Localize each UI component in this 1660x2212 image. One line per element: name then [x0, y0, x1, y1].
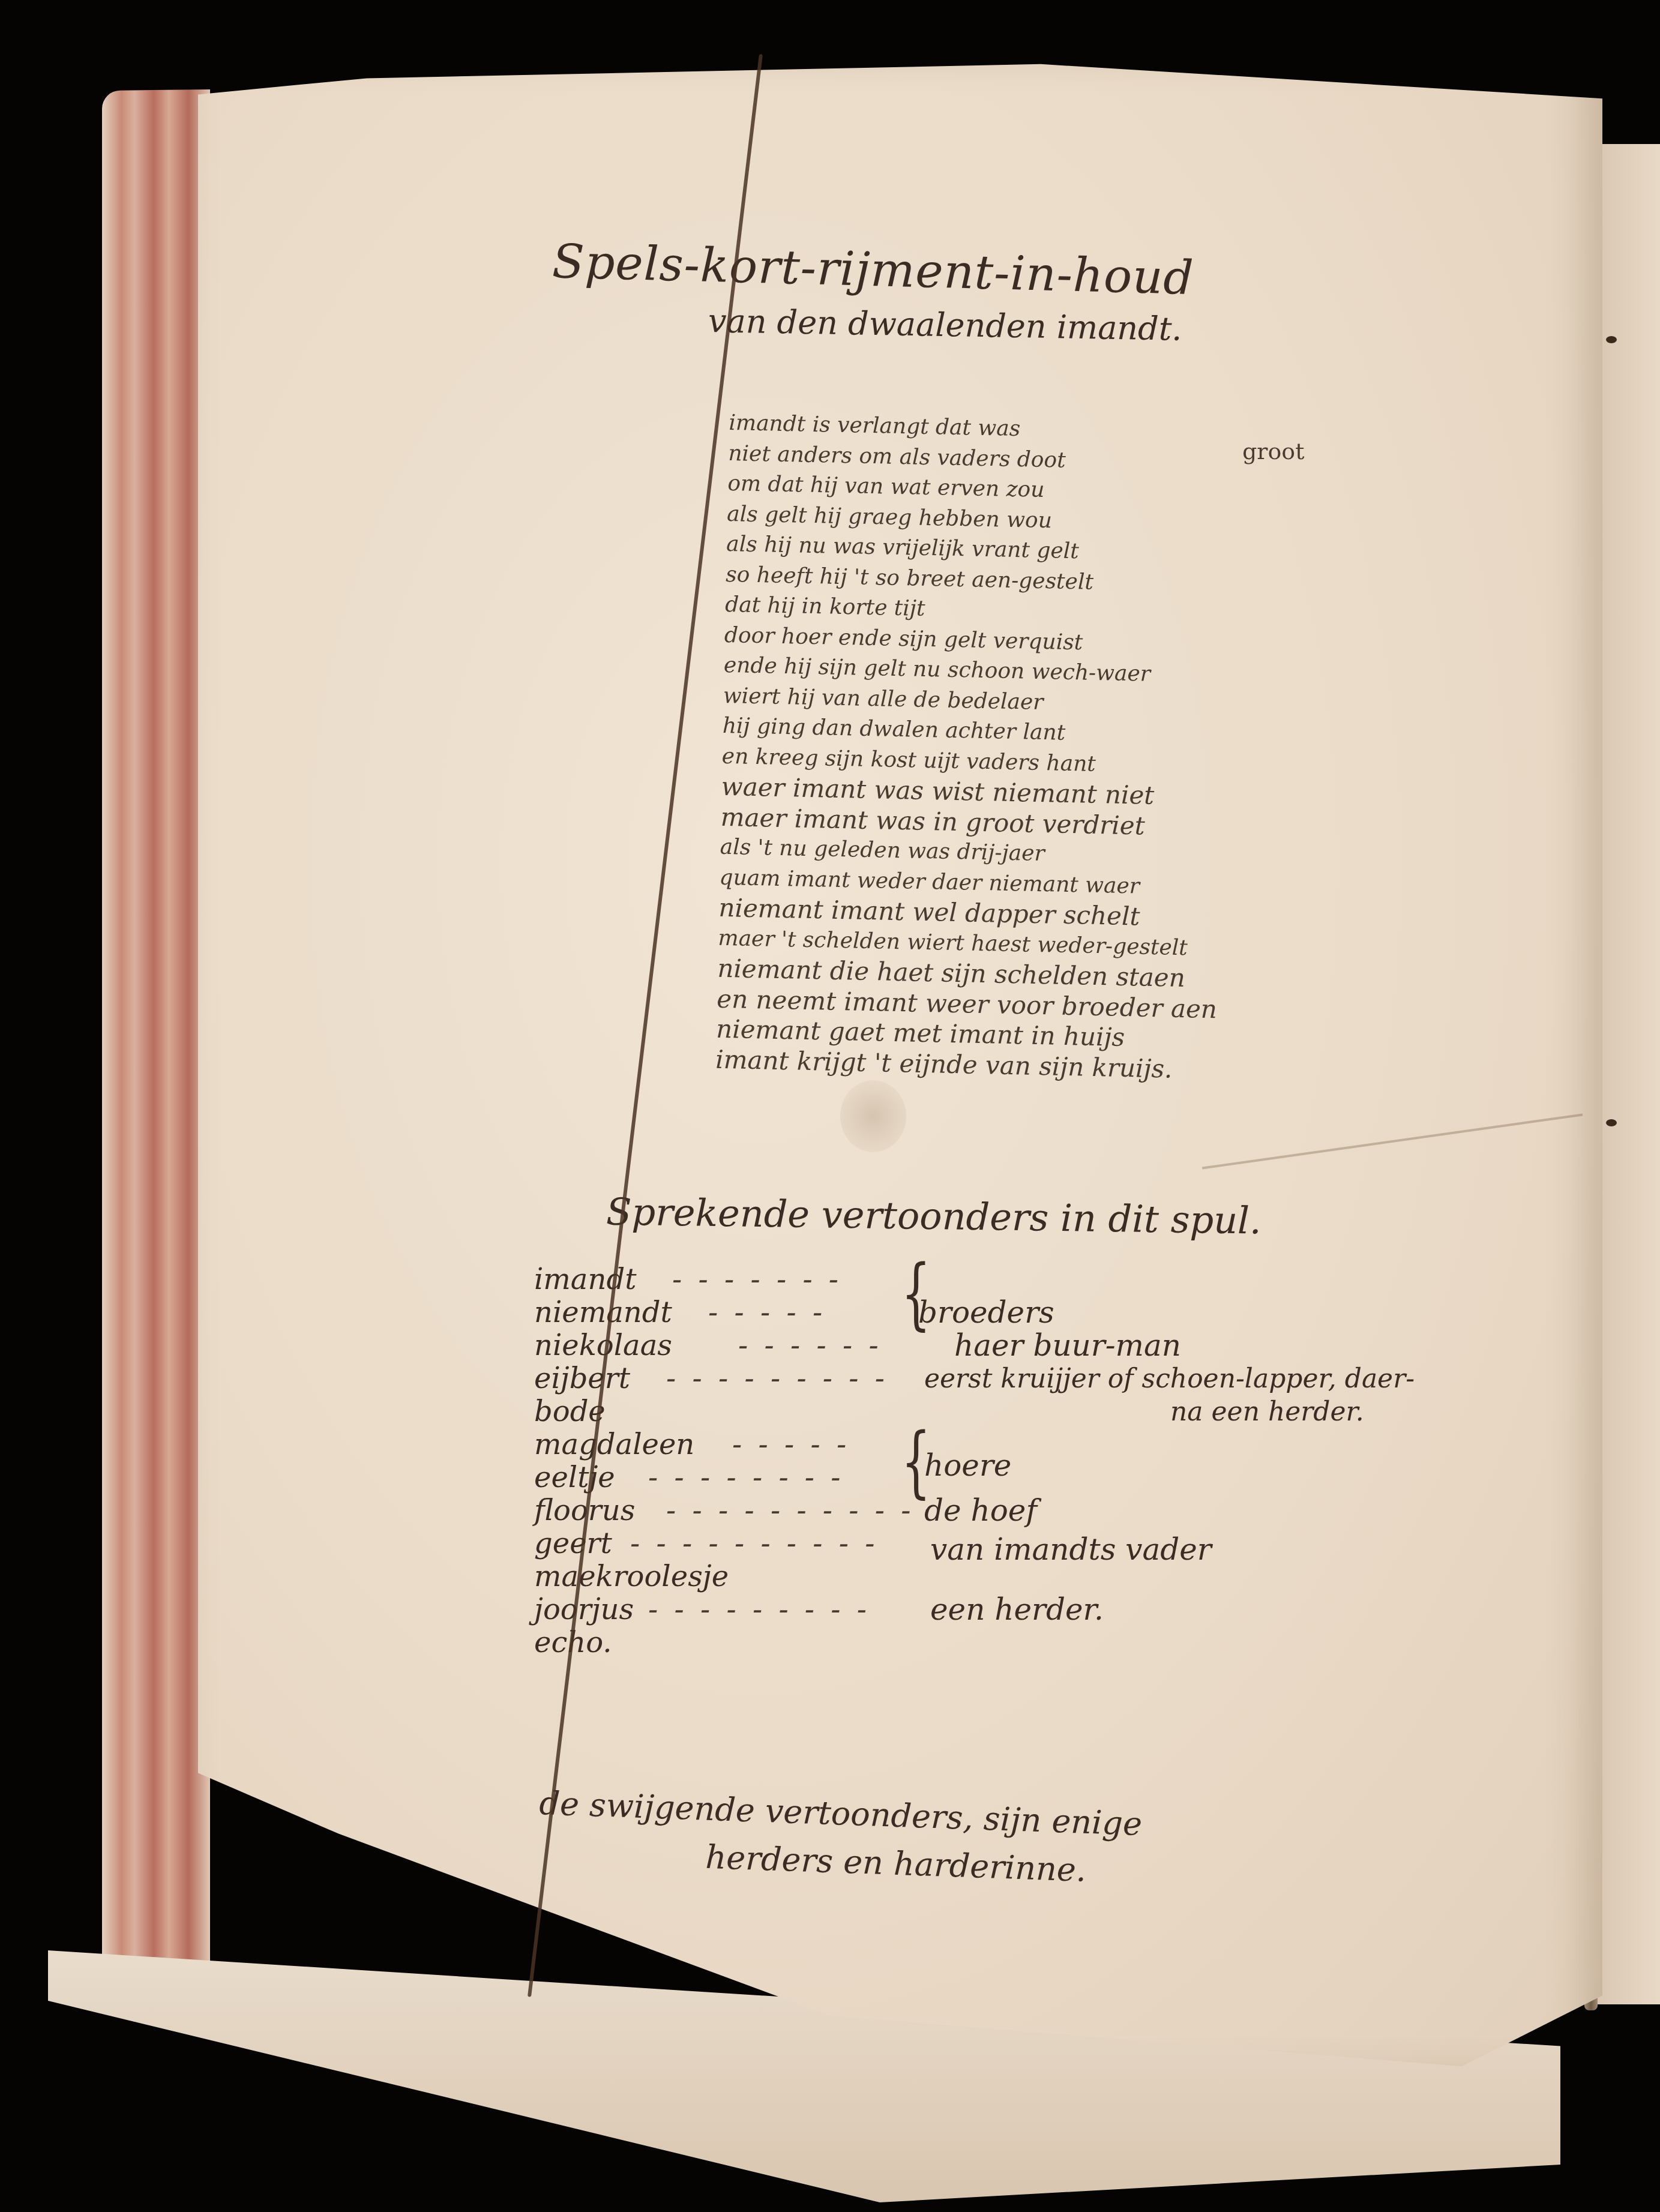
cast-row: niekolaas - - - - - - haer buur-man	[534, 1329, 1614, 1362]
cast-role: eerst kruijjer of schoen-lapper, daer-	[924, 1362, 1415, 1395]
cast-heading: Sprekende vertoonders in dit spul.	[606, 1189, 1262, 1242]
brace-brothers-icon: {	[901, 1254, 931, 1332]
binding-stitch	[1606, 1119, 1617, 1126]
cast-name: joorjus	[534, 1593, 634, 1626]
poem-margin-addition: groot	[1242, 438, 1305, 464]
cast-leader: - - - - - - - - -	[648, 1593, 870, 1626]
cast-row: floorus - - - - - - - - - - de hoef	[534, 1494, 1614, 1527]
cast-row: echo.	[534, 1626, 1614, 1659]
cast-row: joorjus - - - - - - - - - een herder.	[534, 1593, 1614, 1626]
cast-name: niemandt	[534, 1296, 672, 1329]
cast-role: na een herder.	[1170, 1395, 1364, 1428]
cast-name: magdaleen	[534, 1428, 694, 1461]
cast-name: geert	[534, 1527, 612, 1560]
binding-stitch	[1606, 336, 1617, 343]
cast-name: eeltje	[534, 1461, 615, 1494]
cast-name: bode	[534, 1395, 606, 1428]
cast-leader: - - - - - - - - - -	[630, 1527, 879, 1560]
poem-block: imandt is verlangt dat was niet anders o…	[715, 408, 1449, 1090]
book-page-edges	[102, 89, 210, 2011]
cast-role: hoere	[924, 1449, 1011, 1482]
cast-role: broeders	[918, 1296, 1054, 1329]
cast-leader: - - - - - - - - -	[666, 1362, 888, 1395]
cast-role: de hoef	[924, 1494, 1037, 1527]
cast-row: imandt - - - - - - -	[534, 1263, 1614, 1296]
brace-whores-icon: {	[901, 1422, 931, 1500]
cast-role: een herder.	[930, 1593, 1104, 1626]
cast-list: imandt - - - - - - - niemandt - - - - - …	[534, 1263, 1614, 1659]
cast-row: niemandt - - - - - broeders	[534, 1296, 1614, 1329]
cast-row: maekroolesje	[534, 1560, 1614, 1593]
cast-row: bode na een herder.	[534, 1395, 1614, 1428]
cast-leader: - - - - - -	[738, 1329, 882, 1362]
cast-name: eijbert	[534, 1362, 630, 1395]
cast-row: magdaleen - - - - -	[534, 1428, 1614, 1461]
cast-leader: - - - - - - -	[672, 1263, 842, 1296]
cast-leader: - - - - -	[708, 1296, 826, 1329]
cast-row: eijbert - - - - - - - - - eerst kruijjer…	[534, 1362, 1614, 1395]
cast-leader: - - - - - - - - - -	[666, 1494, 915, 1527]
cast-leader: - - - - -	[732, 1428, 850, 1461]
cast-role: haer buur-man	[954, 1329, 1181, 1362]
paper-stain	[840, 1080, 906, 1152]
cast-name: imandt	[534, 1263, 636, 1296]
cast-row: geert - - - - - - - - - - van imandts va…	[534, 1527, 1614, 1560]
cast-leader: - - - - - - - -	[648, 1461, 844, 1494]
cast-name: maekroolesje	[534, 1560, 729, 1593]
cast-row: eeltje - - - - - - - - hoere	[534, 1461, 1614, 1494]
facing-page-edge	[1598, 144, 1660, 2004]
